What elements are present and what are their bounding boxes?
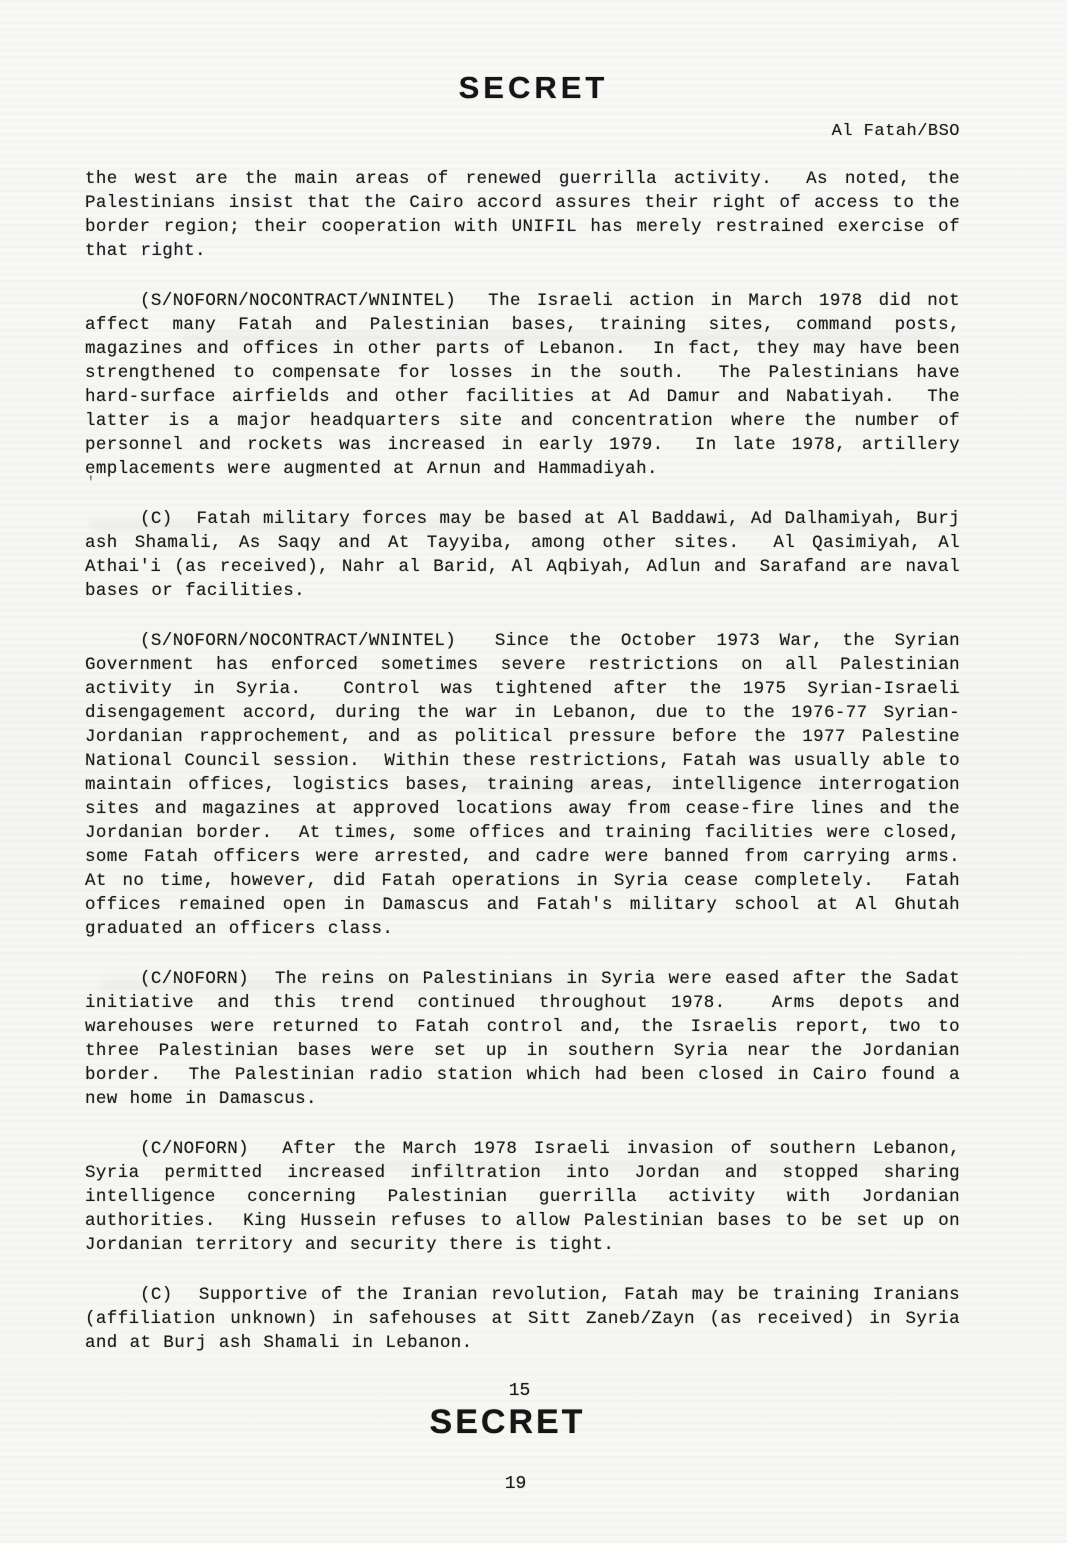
- folio-number: 19: [0, 1474, 1049, 1494]
- page-footer: 15 SECRET 19: [0, 1381, 1067, 1494]
- stray-typewriter-mark: ': [86, 474, 96, 492]
- paragraph: (S/NOFORN/NOCONTRACT/WNINTEL) The Israel…: [85, 289, 960, 481]
- paragraph: (C) Fatah military forces may be based a…: [85, 507, 960, 603]
- document-page: SECRET Al Fatah/BSO ' the west are the m…: [0, 0, 1067, 1543]
- paragraph: (C/NOFORN) The reins on Palestinians in …: [85, 967, 960, 1111]
- classification-marking-top: SECRET: [0, 0, 1067, 106]
- classification-marking-bottom: SECRET: [0, 1403, 1041, 1442]
- paragraph: (C) Supportive of the Iranian revolution…: [85, 1283, 960, 1355]
- subject-line: Al Fatah/BSO: [85, 122, 960, 141]
- paragraph: (S/NOFORN/NOCONTRACT/WNINTEL) Since the …: [85, 629, 960, 941]
- paragraph: (C/NOFORN) After the March 1978 Israeli …: [85, 1137, 960, 1257]
- document-body: the west are the main areas of renewed g…: [85, 167, 960, 1355]
- page-number: 15: [0, 1381, 1053, 1401]
- paragraph: the west are the main areas of renewed g…: [85, 167, 960, 263]
